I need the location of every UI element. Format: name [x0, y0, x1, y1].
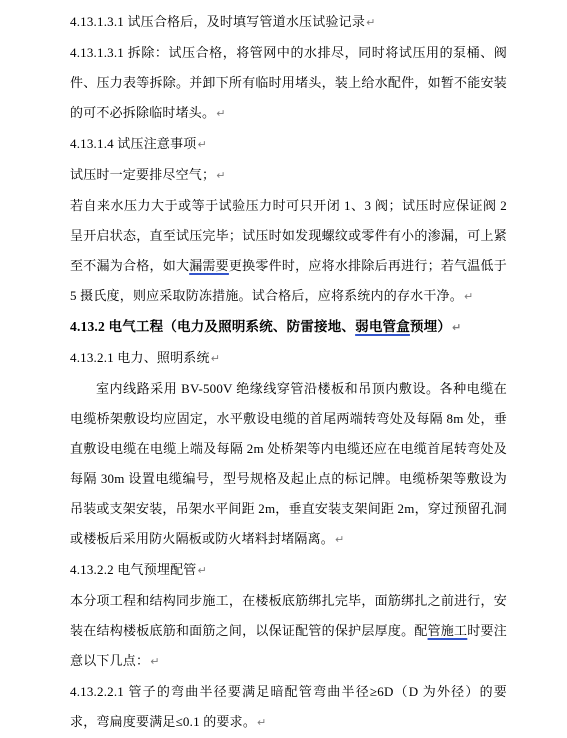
text-run: 4.13.1.4 试压注意事项: [70, 136, 197, 151]
paragraph-mark-icon: ↵: [197, 138, 207, 151]
paragraph: 4.13.2.2.1 管子的弯曲半径要满足暗配管弯曲半径≥6D（D 为外径）的要…: [70, 677, 507, 738]
paragraph-mark-icon: ↵: [463, 290, 473, 303]
paragraph-mark-icon: ↵: [215, 169, 225, 182]
paragraph: 4.13.1.3.1 试压合格后，及时填写管道水压试验记录↵: [70, 7, 507, 38]
paragraph: 试压时一定要排尽空气；↵: [70, 160, 507, 191]
paragraph-mark-icon: ↵: [256, 716, 266, 729]
paragraph-mark-icon: ↵: [210, 352, 220, 365]
paragraph-mark-icon: ↵: [451, 321, 461, 334]
paragraph: 4.13.1.4 试压注意事项↵: [70, 129, 507, 160]
text-run: 4.13.2 电气工程（电力及照明系统、防雷接地、: [70, 319, 355, 334]
paragraph: 本分项工程和结构同步施工，在楼板底筋绑扎完毕，面筋绑扎之前进行，安装在结构楼板底…: [70, 586, 507, 677]
text-run: 4.13.1.3.1 试压合格后，及时填写管道水压试验记录: [70, 14, 365, 29]
paragraph-mark-icon: ↵: [197, 564, 207, 577]
paragraph-mark-icon: ↵: [149, 655, 159, 668]
paragraph: 若自来水压力大于或等于试验压力时可只开闭 1、3 阀；试压时应保证阀 2 呈开启…: [70, 191, 507, 312]
paragraph: 4.13.2.2 电气预埋配管↵: [70, 555, 507, 586]
spellcheck-underlined-text: 漏需要: [189, 258, 229, 273]
text-run: 4.13.2.2.1 管子的弯曲半径要满足暗配管弯曲半径≥6D（D 为外径）的要…: [70, 684, 507, 729]
document-body: 4.13.1.3.1 试压合格后，及时填写管道水压试验记录↵4.13.1.3.1…: [70, 7, 507, 738]
spellcheck-underlined-text: 弱电管盒: [355, 319, 410, 334]
paragraph: 4.13.2.1 电力、照明系统↵: [70, 343, 507, 374]
text-run: 4.13.2.2 电气预埋配管: [70, 562, 197, 577]
heading-paragraph: 4.13.2 电气工程（电力及照明系统、防雷接地、弱电管盒预埋）↵: [70, 312, 507, 343]
spellcheck-underlined-text: 管施工: [428, 623, 468, 638]
paragraph-mark-icon: ↵: [334, 533, 344, 546]
document-page: 4.13.1.3.1 试压合格后，及时填写管道水压试验记录↵4.13.1.3.1…: [0, 0, 567, 738]
paragraph-mark-icon: ↵: [365, 16, 375, 29]
text-run: 4.13.2.1 电力、照明系统: [70, 350, 210, 365]
text-run: 预埋）: [410, 319, 451, 334]
text-run: 4.13.1.3.1 拆除：试压合格，将管网中的水排尽，同时将试压用的泵桶、阀件…: [70, 45, 507, 120]
paragraph: 室内线路采用 BV-500V 绝缘线穿管沿楼板和吊顶内敷设。各种电缆在电缆桥架敷…: [70, 374, 507, 555]
text-run: 试压时一定要排尽空气；: [70, 167, 215, 182]
paragraph-mark-icon: ↵: [215, 107, 225, 120]
paragraph: 4.13.1.3.1 拆除：试压合格，将管网中的水排尽，同时将试压用的泵桶、阀件…: [70, 38, 507, 129]
text-run: 室内线路采用 BV-500V 绝缘线穿管沿楼板和吊顶内敷设。各种电缆在电缆桥架敷…: [70, 381, 507, 546]
